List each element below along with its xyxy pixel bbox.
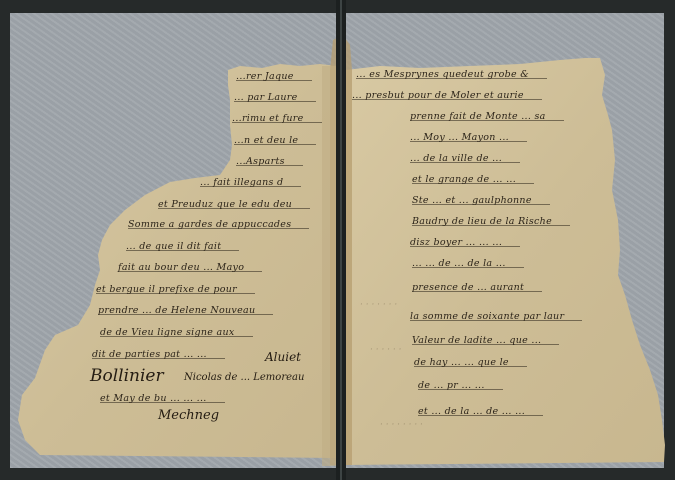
right-line: de ... pr ... ...: [418, 381, 485, 391]
right-line: et le grange de ... ...: [412, 175, 516, 185]
right-line: ... ... de ... de la ...: [412, 259, 506, 269]
left-line: et bergue il prefixe de pour: [96, 285, 237, 295]
right-line: ... es Mesprynes quedeut grobe &: [356, 70, 529, 80]
ink-bleed-through: · · · · · ·: [370, 345, 401, 355]
right-line: presence de ... aurant: [412, 283, 524, 293]
left-line: ... de que il dit fait: [126, 242, 221, 252]
right-line: ... de la ville de ...: [410, 154, 502, 164]
right-line: Ste ... et ... gaulphonne: [412, 196, 532, 206]
ink-bleed-through: · · · · · · · ·: [380, 420, 423, 430]
left-line: ... fait illegans d: [200, 178, 283, 188]
right-line: prenne fait de Monte ... sa: [410, 112, 546, 122]
left-line: ...rer Jaque: [236, 72, 294, 82]
right-line: de hay ... ... que le: [414, 358, 509, 368]
left-line: ...Asparts: [236, 157, 285, 167]
left-line: de de Vieu ligne signe aux: [100, 328, 235, 338]
right-line: et ... de la ... de ... ...: [418, 407, 525, 417]
left-line: fait au bour deu ... Mayo: [118, 263, 244, 273]
right-line: ... presbut pour de Moler et aurie: [352, 91, 524, 101]
left-line: Somme a gardes de appuccades: [128, 220, 291, 230]
right-line: disz boyer ... ... ...: [410, 238, 502, 248]
left-line: ...rimu et fure: [232, 114, 304, 124]
ink-bleed-through: · · · · · · ·: [360, 300, 397, 310]
signature-aluiet: Aluiet: [265, 350, 301, 364]
right-line: Baudry de lieu de la Rische: [412, 217, 552, 227]
left-line: prendre ... de Helene Nouveau: [98, 306, 255, 316]
left-line: ...n et deu le: [234, 136, 298, 146]
signature-mechneg: Mechneg: [158, 408, 219, 423]
left-line: ... par Laure: [234, 93, 298, 103]
left-line: dit de parties pat ... ...: [92, 350, 207, 360]
book-gutter: [336, 0, 346, 480]
signature-bollinier: Bollinier: [90, 366, 164, 386]
right-line: la somme de soixante par laur: [410, 312, 564, 322]
left-line: et Preuduz que le edu deu: [158, 200, 292, 210]
right-line: ... Moy ... Mayon ...: [410, 133, 509, 143]
right-line: Valeur de ladite ... que ...: [412, 336, 541, 346]
signature-nicolas: Nicolas de ... Lemoreau: [184, 372, 304, 383]
left-line: et May de bu ... ... ...: [100, 394, 207, 404]
